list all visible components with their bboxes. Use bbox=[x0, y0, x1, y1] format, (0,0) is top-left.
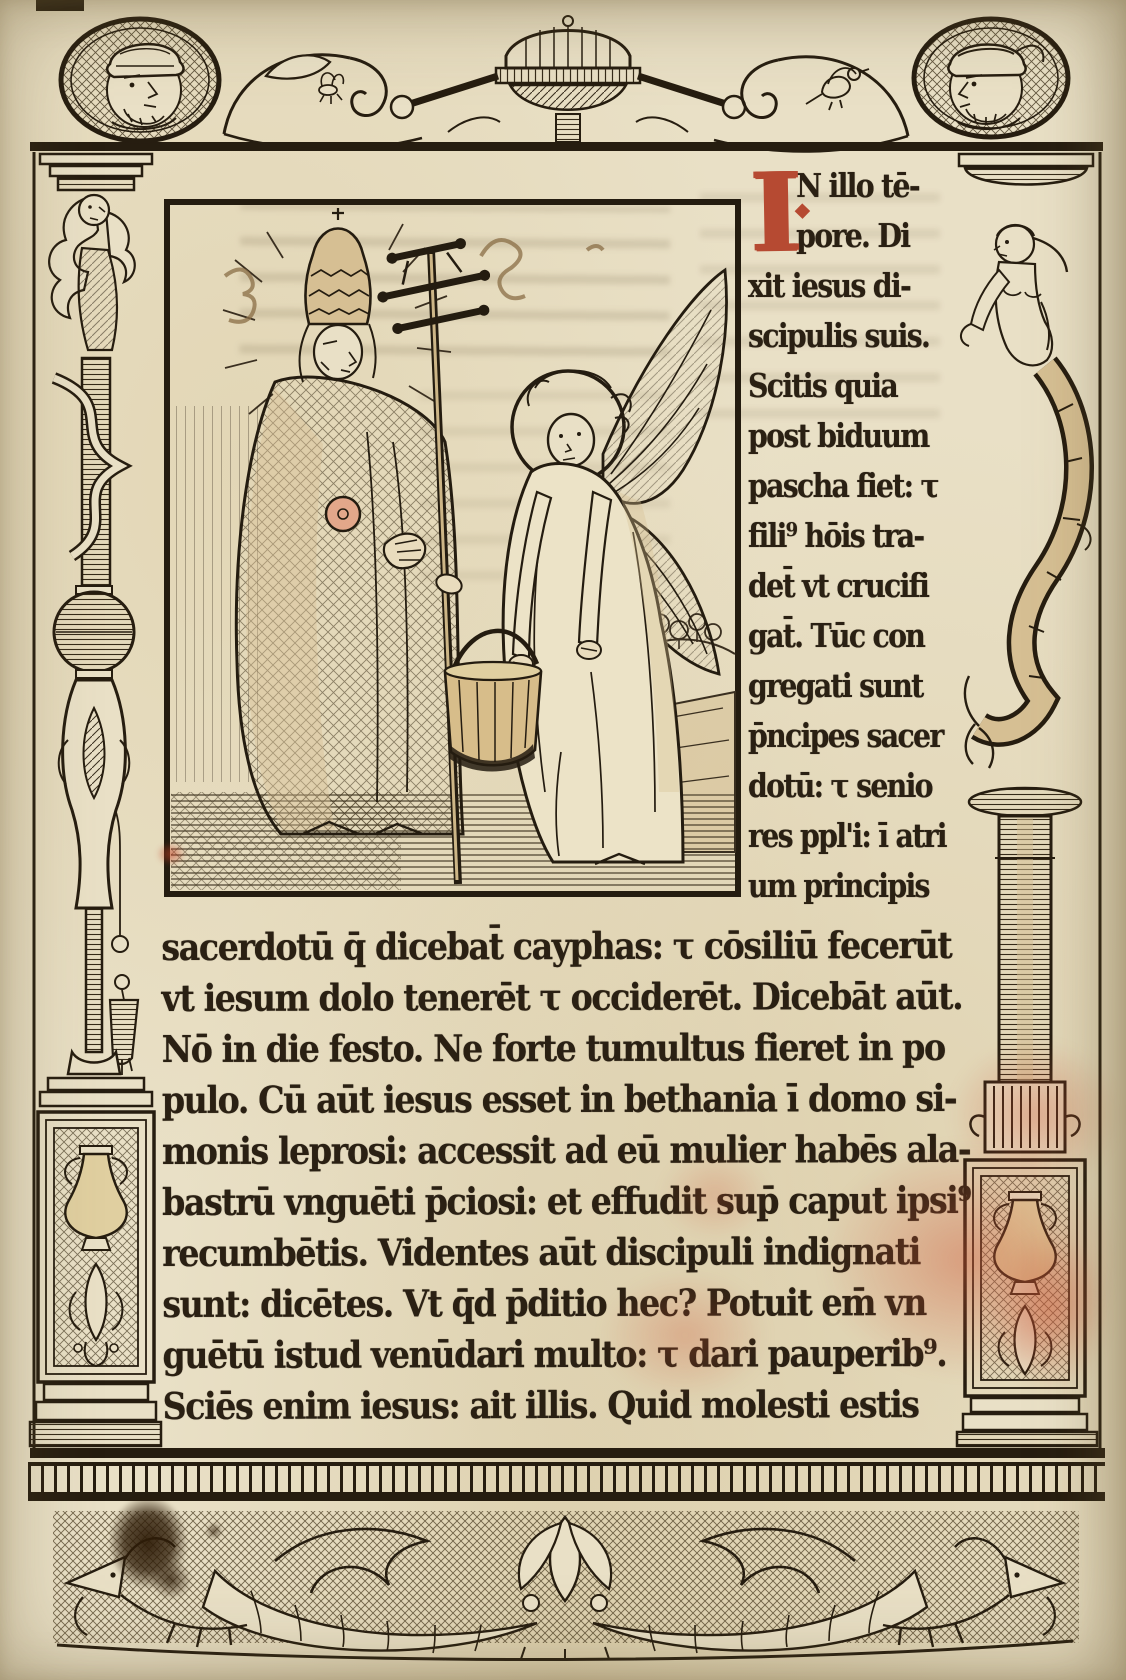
text-line: sunt: dicētes. Vt q̄d p̄ditio hec? Potui… bbox=[162, 1277, 875, 1330]
roundel-head-left bbox=[61, 19, 219, 141]
mermaid-figure bbox=[961, 225, 1091, 768]
scrollwork-right bbox=[636, 57, 908, 152]
pedestal-urn-panel-left bbox=[38, 1112, 154, 1382]
text-line: um principis bbox=[748, 861, 922, 911]
text-line: p̄ncipes sacer bbox=[748, 711, 922, 761]
text-line: vt iesum dolo tenerēt τ occiderēt. Diceb… bbox=[161, 971, 874, 1024]
text-line: recumbētis. Videntes aūt discipuli indig… bbox=[162, 1226, 875, 1279]
bottom-rule-upper bbox=[30, 1448, 1105, 1458]
text-line: pascha fiet: τ bbox=[748, 461, 922, 511]
text-line: bastrū vnguēti p̄ciosi: et effudit sup̄ … bbox=[162, 1175, 875, 1228]
text-line: gat̄. Tūc con bbox=[748, 611, 922, 661]
text-line: Sciēs enim iesus: ait illis. Quid molest… bbox=[163, 1379, 876, 1432]
triple-cross bbox=[369, 234, 498, 337]
pope-and-angel-woodcut bbox=[163, 192, 743, 902]
caryatid-figure-left bbox=[49, 195, 135, 350]
text-line: pulo. Cū aūt iesus esset in bethania ī d… bbox=[162, 1073, 875, 1126]
right-border-column bbox=[945, 152, 1105, 1448]
roundel-head-right bbox=[914, 19, 1068, 137]
pope-figure bbox=[223, 208, 498, 884]
text-line: res ppl'i: ī atri bbox=[748, 811, 922, 861]
text-line: monis leprosi: accessit ad eū mulier hab… bbox=[162, 1124, 875, 1177]
text-line: sacerdotū q̄ dicebat̄ cayphas: τ cōsiliū… bbox=[161, 920, 874, 973]
rubricated-initial: I bbox=[750, 163, 812, 270]
bottom-rule-lower bbox=[28, 1492, 1105, 1501]
text-line: gregati sunt bbox=[748, 661, 922, 711]
fluted-column-band bbox=[970, 1082, 1079, 1152]
manuscript-page: I N illo tē- pore. Di xit iesus di- scip… bbox=[0, 0, 1126, 1680]
bottom-frieze-woodcut bbox=[25, 1505, 1105, 1667]
page-edge-mark bbox=[36, 0, 84, 11]
text-line: guētū istud venūdari multo: τ dari paupe… bbox=[162, 1328, 875, 1381]
text-line: scipulis suis. bbox=[748, 311, 922, 361]
top-border-woodcut bbox=[28, 12, 1106, 154]
left-border-column bbox=[28, 152, 163, 1448]
scrollwork-left bbox=[224, 55, 500, 150]
text-line: Nō in die festo. Ne forte tumultus fiere… bbox=[162, 1022, 875, 1075]
dentil-molding bbox=[28, 1462, 1105, 1496]
text-line: dotū: τ senio bbox=[748, 761, 922, 811]
text-line: Scitis quia bbox=[748, 361, 922, 411]
pedestal-urn-panel-right bbox=[965, 1160, 1085, 1396]
text-line: post biduum bbox=[748, 411, 922, 461]
canopy-ornament bbox=[391, 16, 745, 142]
baluster-vase bbox=[59, 680, 138, 1075]
text-line: det̄ vt crucifi bbox=[748, 561, 922, 611]
gospel-text-block: sacerdotū q̄ dicebat̄ cayphas: τ cōsiliū… bbox=[161, 920, 954, 1432]
text-line: fili⁹ hōis tra- bbox=[748, 511, 922, 561]
